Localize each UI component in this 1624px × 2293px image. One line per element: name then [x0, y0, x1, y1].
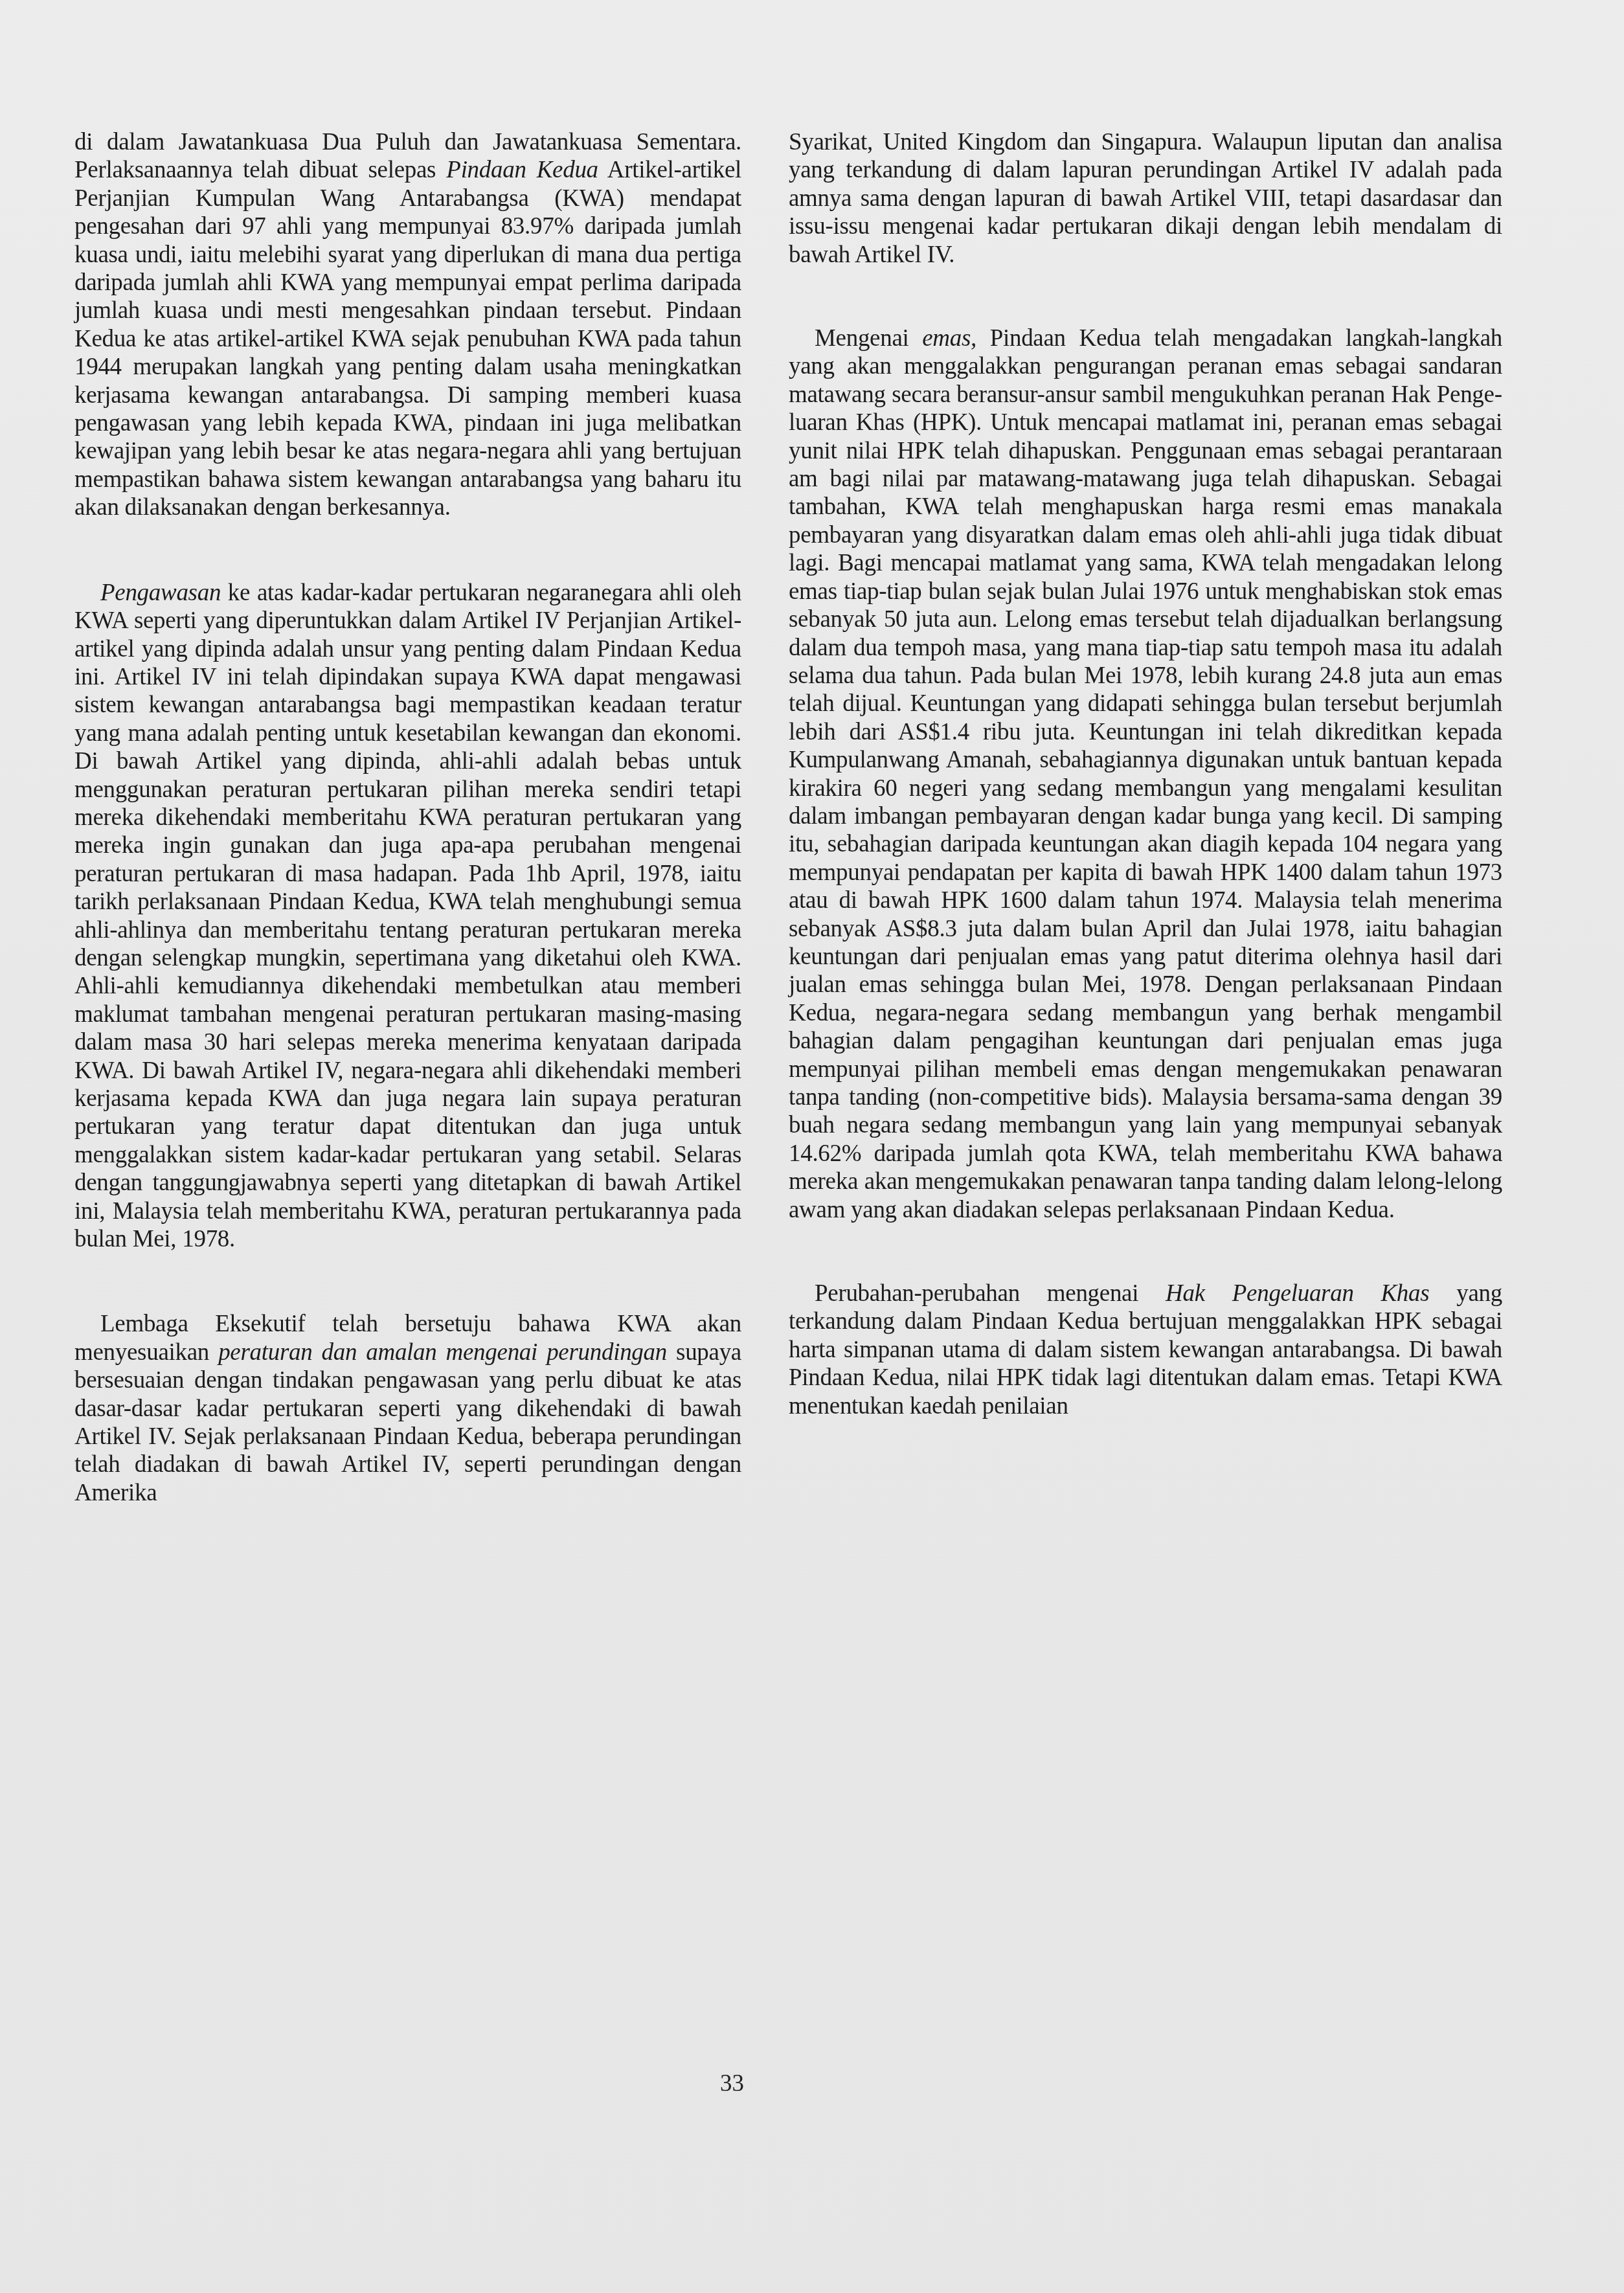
document-page: di dalam Jawatankuasa Dua Puluh dan Jawa…	[0, 0, 1624, 2293]
left-column: di dalam Jawatankuasa Dua Puluh dan Jawa…	[74, 128, 741, 1507]
italic-term: Pengawasan	[100, 580, 221, 606]
text-segment: ke atas kadar-kadar pertukaran negara­ne…	[74, 580, 741, 1252]
italic-term: Pindaan Kedua	[446, 157, 598, 183]
italic-term: Hak Pengeluaran Khas	[1166, 1280, 1429, 1307]
paragraph-pindaan-kedua-approval: di dalam Jawatankuasa Dua Puluh dan Jawa…	[74, 128, 741, 522]
paragraph-pengawasan: Pengawasan ke atas kadar-kadar pertukara…	[74, 579, 741, 1254]
paragraph-artikel-iv-consultations: Syarikat, United Kingdom dan Singapura. …	[789, 128, 1502, 269]
paragraph-hak-pengeluaran-khas: Perubahan-perubahan mengenai Hak Pengelu…	[789, 1280, 1502, 1420]
italic-term: emas,	[922, 325, 976, 352]
text-segment: Syarikat, United Kingdom dan Singapura. …	[789, 129, 1502, 268]
text-segment: Perubahan-perubahan mengenai	[815, 1280, 1166, 1307]
paragraph-emas: Mengenai emas, Pindaan Kedua telah menga…	[789, 324, 1502, 1224]
page-number: 33	[720, 2070, 744, 2097]
right-column: Syarikat, United Kingdom dan Singapura. …	[789, 128, 1502, 1420]
text-segment: Artikel-artikel Perjanjian Kumpulan Wang…	[74, 157, 741, 521]
text-segment: Mengenai	[815, 325, 922, 352]
text-segment: Pindaan Kedua telah mengadakan langkah-l…	[789, 325, 1502, 1223]
italic-term: peraturan dan amalan mengenai perundinga…	[218, 1339, 667, 1366]
paragraph-lembaga-eksekutif: Lembaga Eksekutif telah bersetuju bahawa…	[74, 1310, 741, 1507]
